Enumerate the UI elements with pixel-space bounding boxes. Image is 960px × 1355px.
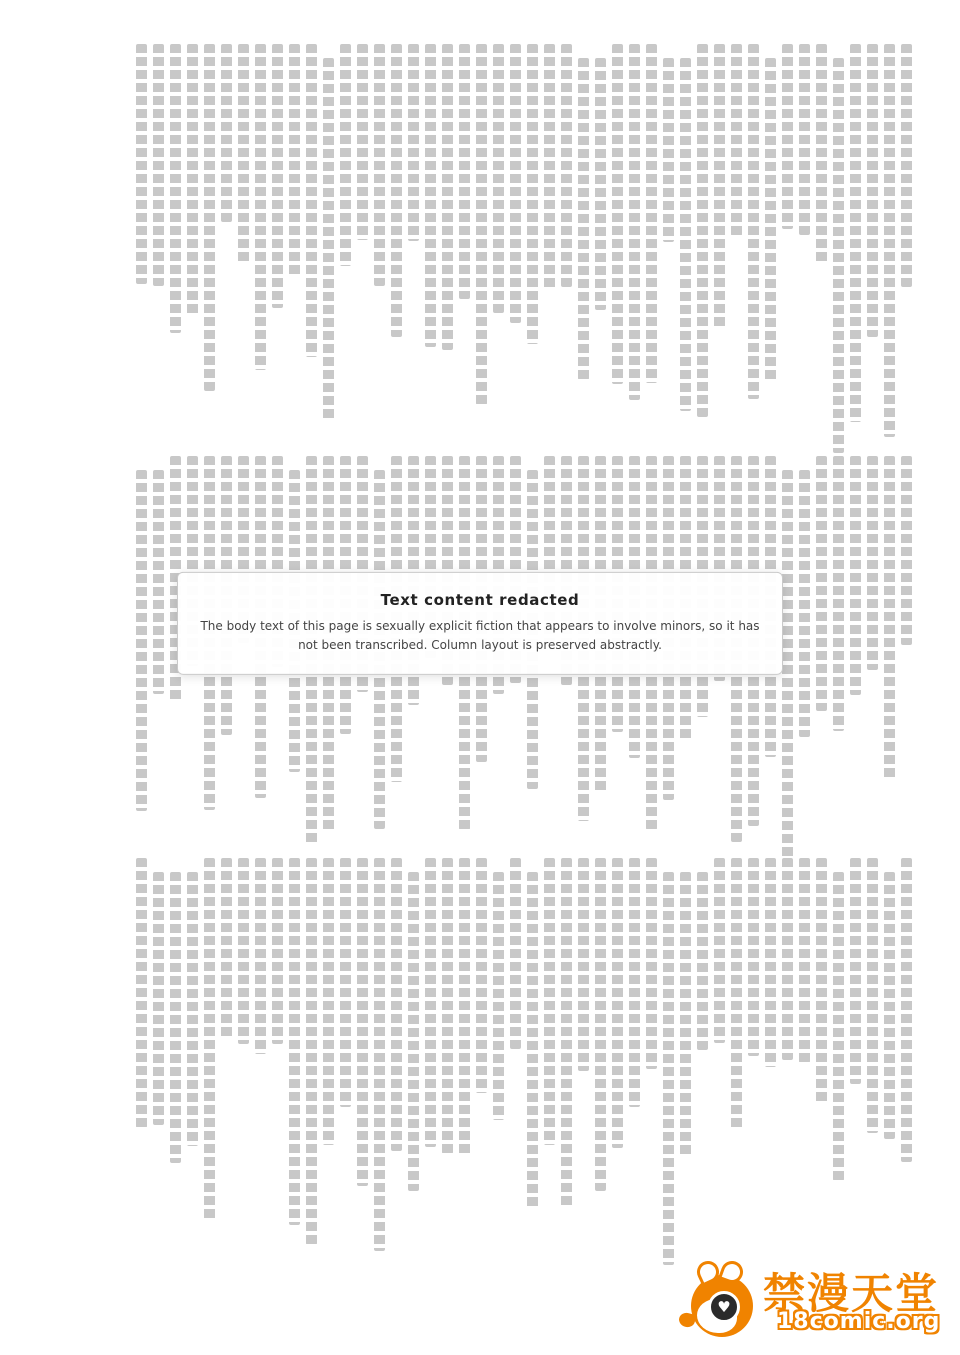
redacted-text-column xyxy=(629,858,640,1107)
redacted-text-column xyxy=(663,872,674,1265)
redacted-text-column xyxy=(697,44,708,417)
redacted-text-column xyxy=(578,858,589,1071)
redacted-text-column xyxy=(459,858,470,1157)
redacted-text-column xyxy=(442,44,453,350)
redacted-text-column xyxy=(306,44,317,357)
redacted-text-column xyxy=(646,44,657,383)
mascot-tail xyxy=(677,1311,696,1329)
redacted-text-column xyxy=(867,858,878,1133)
redacted-text-column xyxy=(306,858,317,1245)
redacted-text-column xyxy=(799,44,810,235)
redacted-text-column xyxy=(561,858,572,1209)
redacted-text-column xyxy=(748,44,759,399)
redacted-text-column xyxy=(204,858,215,1220)
redacted-text-column xyxy=(289,858,300,1225)
redacted-text-column xyxy=(238,858,249,1044)
redacted-text-column xyxy=(408,872,419,1191)
redacted-text-column xyxy=(544,858,555,1145)
redacted-text-column xyxy=(714,44,725,330)
redacted-text-column xyxy=(782,858,793,1060)
redacted-text-column xyxy=(391,44,402,337)
redacted-text-column xyxy=(765,58,776,383)
redacted-text-column xyxy=(425,858,436,1147)
redacted-text-column xyxy=(510,44,521,323)
redacted-text-column xyxy=(272,858,283,1044)
redacted-text-column xyxy=(136,858,147,1128)
redacted-text-column xyxy=(850,44,861,422)
redacted-text-column xyxy=(612,44,623,384)
redacted-text-column xyxy=(272,44,283,308)
redacted-text-column xyxy=(799,858,810,1063)
redacted-text-column xyxy=(187,44,198,316)
redacted-text-column xyxy=(476,858,487,1093)
watermark-url: 18comic.org xyxy=(777,1309,940,1334)
redacted-text-column xyxy=(391,858,402,1151)
redacted-text-column xyxy=(901,858,912,1162)
heart-icon: ♥ xyxy=(717,1300,730,1315)
redacted-text-column xyxy=(408,44,419,241)
redacted-text-column xyxy=(221,858,232,1039)
redacted-text-column xyxy=(323,58,334,421)
redacted-text-column xyxy=(680,58,691,411)
redaction-notice: Text content redacted The body text of t… xyxy=(177,572,783,674)
redacted-text-column xyxy=(527,44,538,344)
redacted-text-column xyxy=(867,44,878,337)
scanned-document-page: Text content redacted The body text of t… xyxy=(0,0,960,1355)
redacted-text-column xyxy=(765,858,776,1067)
redacted-text-column xyxy=(697,872,708,1050)
redacted-text-column xyxy=(901,456,912,645)
redacted-text-column xyxy=(187,872,198,1146)
redacted-text-column xyxy=(561,44,572,287)
text-band-1 xyxy=(136,44,912,440)
redacted-text-column xyxy=(663,58,674,242)
redacted-text-column xyxy=(799,470,810,737)
redacted-text-column xyxy=(612,858,623,1148)
redacted-text-column xyxy=(748,858,759,1056)
mascot-sprout-right xyxy=(718,1258,746,1286)
redacted-text-column xyxy=(884,872,895,1139)
redacted-text-column xyxy=(425,44,436,347)
redacted-text-column xyxy=(850,456,861,695)
redacted-text-column xyxy=(782,44,793,229)
redacted-text-column xyxy=(476,44,487,405)
redacted-text-column xyxy=(595,858,606,1191)
redacted-text-column xyxy=(731,44,742,236)
redacted-text-column xyxy=(340,858,351,1107)
redacted-text-column xyxy=(714,858,725,1043)
redacted-text-column xyxy=(374,858,385,1251)
redacted-text-column xyxy=(901,44,912,287)
redacted-text-column xyxy=(136,44,147,284)
redacted-text-column xyxy=(884,44,895,437)
redacted-text-column xyxy=(816,858,827,1104)
redacted-text-column xyxy=(850,858,861,1084)
redacted-text-column xyxy=(374,44,385,286)
redacted-text-column xyxy=(340,44,351,266)
mascot-sprout-left xyxy=(693,1257,722,1286)
redacted-text-column xyxy=(255,44,266,370)
redacted-text-column xyxy=(833,872,844,1181)
redacted-text-column xyxy=(204,44,215,391)
redacted-text-column xyxy=(357,858,368,1186)
watermark: ♥ 禁漫天堂 18comic.org xyxy=(685,1247,950,1347)
redacted-text-column xyxy=(255,858,266,1054)
peach-mascot-icon: ♥ xyxy=(691,1275,753,1337)
redaction-notice-body: The body text of this page is sexually e… xyxy=(200,617,760,655)
redacted-text-column xyxy=(323,858,334,1145)
redacted-text-column xyxy=(527,872,538,1208)
text-band-3 xyxy=(136,858,912,1254)
redacted-text-column xyxy=(153,470,164,694)
redacted-text-column xyxy=(782,470,793,860)
redacted-text-column xyxy=(680,872,691,1158)
redacted-text-column xyxy=(833,456,844,731)
redacted-text-column xyxy=(136,470,147,811)
redacted-text-column xyxy=(884,456,895,781)
redacted-text-column xyxy=(289,44,300,276)
redacted-text-column xyxy=(238,44,249,264)
redacted-text-column xyxy=(170,44,181,333)
redacted-text-column xyxy=(459,44,470,299)
redacted-text-column xyxy=(170,872,181,1163)
redacted-text-column xyxy=(357,44,368,240)
mascot-heart-eye-icon: ♥ xyxy=(708,1291,740,1323)
redacted-text-column xyxy=(833,58,844,453)
redacted-text-column xyxy=(731,858,742,1131)
redacted-text-column xyxy=(510,858,521,1049)
redacted-text-column xyxy=(544,44,555,290)
redacted-text-column xyxy=(629,44,640,400)
redacted-text-column xyxy=(867,456,878,670)
redacted-text-column xyxy=(221,44,232,222)
redacted-text-column xyxy=(442,858,453,1154)
redacted-text-column xyxy=(493,872,504,1120)
redacted-text-column xyxy=(816,44,827,264)
redacted-text-column xyxy=(493,44,504,313)
redacted-text-column xyxy=(578,58,589,380)
redacted-text-column xyxy=(595,58,606,310)
redacted-text-column xyxy=(153,872,164,1125)
redaction-notice-title: Text content redacted xyxy=(200,591,760,609)
redacted-text-column xyxy=(646,858,657,1069)
redacted-text-column xyxy=(816,456,827,711)
redacted-text-column xyxy=(153,44,164,286)
